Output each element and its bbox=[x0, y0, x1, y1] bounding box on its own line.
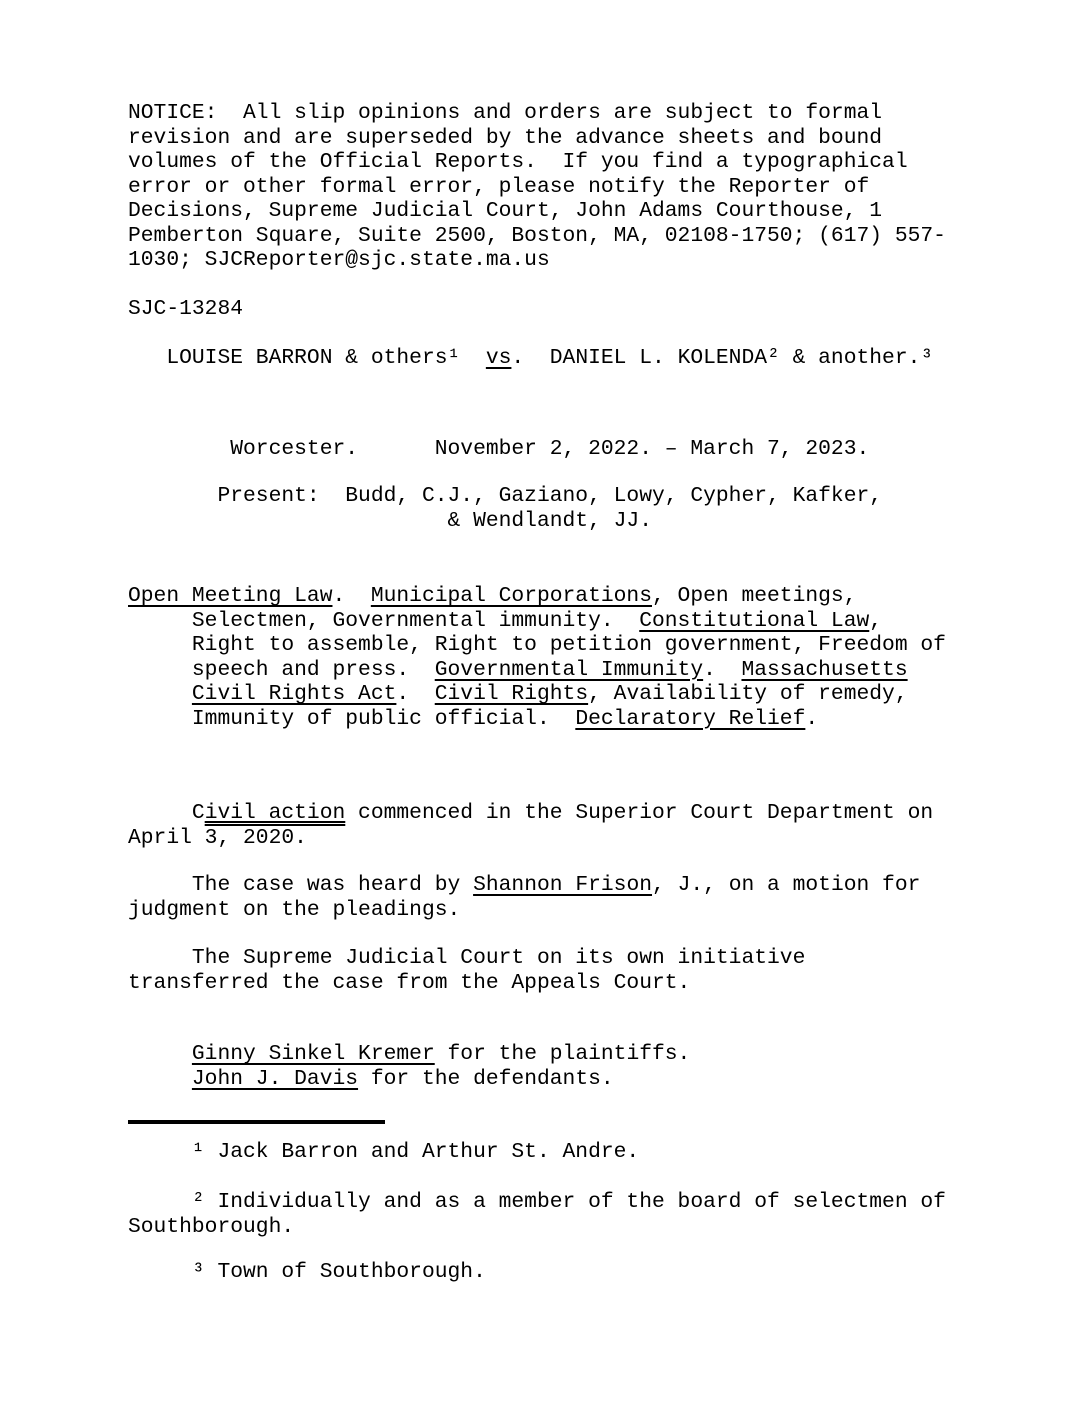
docket-number: SJC-13284 bbox=[128, 297, 243, 322]
text-line: Ginny Sinkel Kremer for the plaintiffs. bbox=[128, 1042, 690, 1067]
underlined-text: Governmental Immunity bbox=[435, 658, 703, 682]
plain-text: . DANIEL L. KOLENDA² & another.³ bbox=[511, 346, 933, 370]
plain-text: LOUISE BARRON & others¹ bbox=[128, 346, 486, 370]
notice-paragraph: NOTICE: All slip opinions and orders are… bbox=[128, 101, 946, 273]
text-line: Southborough. bbox=[128, 1215, 946, 1240]
text-line: Civil action commenced in the Superior C… bbox=[128, 801, 933, 826]
plain-text: . bbox=[332, 584, 370, 608]
plain-text: ² Individually and as a member of the bo… bbox=[128, 1190, 946, 1214]
plain-text: for the defendants. bbox=[358, 1067, 614, 1091]
text-line: NOTICE: All slip opinions and orders are… bbox=[128, 101, 946, 126]
text-line: ² Individually and as a member of the bo… bbox=[128, 1190, 946, 1215]
plain-text bbox=[128, 1067, 192, 1091]
headnotes-paragraph: Open Meeting Law. Municipal Corporations… bbox=[128, 584, 946, 731]
plain-text: NOTICE: All slip opinions and orders are… bbox=[128, 101, 882, 125]
text-line: & Wendlandt, JJ. bbox=[128, 509, 882, 534]
plain-text: The Supreme Judicial Court on its own in… bbox=[128, 946, 805, 970]
plain-text bbox=[128, 1042, 192, 1066]
plain-text: judgment on the pleadings. bbox=[128, 898, 460, 922]
plain-text: 1030; SJCReporter@sjc.state.ma.us bbox=[128, 248, 550, 272]
civil-action-paragraph: Civil action commenced in the Superior C… bbox=[128, 801, 933, 850]
underlined-text: ivil action bbox=[205, 801, 346, 825]
underlined-text: John J. Davis bbox=[192, 1067, 358, 1091]
footnote-3: ³ Town of Southborough. bbox=[128, 1260, 486, 1285]
plain-text: error or other formal error, please noti… bbox=[128, 175, 869, 199]
plain-text: revision and are superseded by the advan… bbox=[128, 126, 882, 150]
text-line: ³ Town of Southborough. bbox=[128, 1260, 486, 1285]
plain-text: commenced in the Superior Court Departme… bbox=[345, 801, 933, 825]
text-line: volumes of the Official Reports. If you … bbox=[128, 150, 946, 175]
plain-text: Present: Budd, C.J., Gaziano, Lowy, Cyph… bbox=[128, 484, 882, 508]
heard-by-paragraph: The case was heard by Shannon Frison, J.… bbox=[128, 873, 920, 922]
plain-text: for the plaintiffs. bbox=[435, 1042, 691, 1066]
footnote-separator-rule bbox=[128, 1120, 385, 1124]
plain-text: transferred the case from the Appeals Co… bbox=[128, 971, 690, 995]
underlined-text: Ginny Sinkel Kremer bbox=[192, 1042, 435, 1066]
underlined-text: Civil Rights Act bbox=[192, 682, 396, 706]
text-line: Right to assemble, Right to petition gov… bbox=[128, 633, 946, 658]
plain-text: Southborough. bbox=[128, 1215, 294, 1239]
text-line: revision and are superseded by the advan… bbox=[128, 126, 946, 151]
plain-text: & Wendlandt, JJ. bbox=[128, 509, 652, 533]
underlined-text: Municipal Corporations bbox=[371, 584, 652, 608]
plain-text: . bbox=[396, 682, 434, 706]
underlined-text: Shannon Frison bbox=[473, 873, 652, 897]
plain-text: Selectmen, Governmental immunity. bbox=[128, 609, 639, 633]
text-line: The case was heard by Shannon Frison, J.… bbox=[128, 873, 920, 898]
text-line: April 3, 2020. bbox=[128, 826, 933, 851]
plain-text: Immunity of public official. bbox=[128, 707, 575, 731]
counsel-appearances: Ginny Sinkel Kremer for the plaintiffs. … bbox=[128, 1042, 690, 1091]
plain-text: Right to assemble, Right to petition gov… bbox=[128, 633, 946, 657]
text-line: Open Meeting Law. Municipal Corporations… bbox=[128, 584, 946, 609]
plain-text: . bbox=[805, 707, 818, 731]
plain-text: , J., on a motion for bbox=[652, 873, 920, 897]
plain-text: Worcester. November 2, 2022. – March 7, … bbox=[128, 437, 869, 461]
plain-text: . bbox=[703, 658, 741, 682]
text-line: Decisions, Supreme Judicial Court, John … bbox=[128, 199, 946, 224]
underlined-text: Declaratory Relief bbox=[575, 707, 805, 731]
text-line: ¹ Jack Barron and Arthur St. Andre. bbox=[128, 1140, 639, 1165]
case-title: LOUISE BARRON & others¹ vs. DANIEL L. KO… bbox=[128, 346, 933, 371]
text-line: Civil Rights Act. Civil Rights, Availabi… bbox=[128, 682, 946, 707]
plain-text: Pemberton Square, Suite 2500, Boston, MA… bbox=[128, 224, 946, 248]
text-line: Present: Budd, C.J., Gaziano, Lowy, Cyph… bbox=[128, 484, 882, 509]
underlined-text: Open Meeting Law bbox=[128, 584, 332, 608]
text-line: error or other formal error, please noti… bbox=[128, 175, 946, 200]
slip-opinion-page: NOTICE: All slip opinions and orders are… bbox=[0, 0, 1088, 1408]
text-line: transferred the case from the Appeals Co… bbox=[128, 971, 805, 996]
plain-text: Decisions, Supreme Judicial Court, John … bbox=[128, 199, 882, 223]
plain-text: The case was heard by bbox=[128, 873, 473, 897]
text-line: judgment on the pleadings. bbox=[128, 898, 920, 923]
text-line: Worcester. November 2, 2022. – March 7, … bbox=[128, 437, 869, 462]
text-line: Selectmen, Governmental immunity. Consti… bbox=[128, 609, 946, 634]
plain-text: speech and press. bbox=[128, 658, 435, 682]
text-line: John J. Davis for the defendants. bbox=[128, 1067, 690, 1092]
underlined-text: Civil Rights bbox=[435, 682, 588, 706]
venue-and-dates-line: Worcester. November 2, 2022. – March 7, … bbox=[128, 437, 869, 462]
plain-text: April 3, 2020. bbox=[128, 826, 307, 850]
plain-text: ³ Town of Southborough. bbox=[128, 1260, 486, 1284]
plain-text: volumes of the Official Reports. If you … bbox=[128, 150, 908, 174]
text-line: LOUISE BARRON & others¹ vs. DANIEL L. KO… bbox=[128, 346, 933, 371]
text-line: 1030; SJCReporter@sjc.state.ma.us bbox=[128, 248, 946, 273]
plain-text: , bbox=[869, 609, 882, 633]
plain-text: ¹ Jack Barron and Arthur St. Andre. bbox=[128, 1140, 639, 1164]
plain-text: C bbox=[128, 801, 205, 825]
plain-text: , Open meetings, bbox=[652, 584, 856, 608]
text-line: Pemberton Square, Suite 2500, Boston, MA… bbox=[128, 224, 946, 249]
text-line: Immunity of public official. Declaratory… bbox=[128, 707, 946, 732]
underlined-text: vs bbox=[486, 346, 512, 370]
text-line: speech and press. Governmental Immunity.… bbox=[128, 658, 946, 683]
transfer-paragraph: The Supreme Judicial Court on its own in… bbox=[128, 946, 805, 995]
underlined-text: Massachusetts bbox=[741, 658, 907, 682]
footnote-1: ¹ Jack Barron and Arthur St. Andre. bbox=[128, 1140, 639, 1165]
text-line: The Supreme Judicial Court on its own in… bbox=[128, 946, 805, 971]
footnote-2: ² Individually and as a member of the bo… bbox=[128, 1190, 946, 1239]
plain-text: , Availability of remedy, bbox=[588, 682, 908, 706]
present-justices: Present: Budd, C.J., Gaziano, Lowy, Cyph… bbox=[128, 484, 882, 533]
underlined-text: Constitutional Law bbox=[639, 609, 869, 633]
plain-text bbox=[128, 682, 192, 706]
